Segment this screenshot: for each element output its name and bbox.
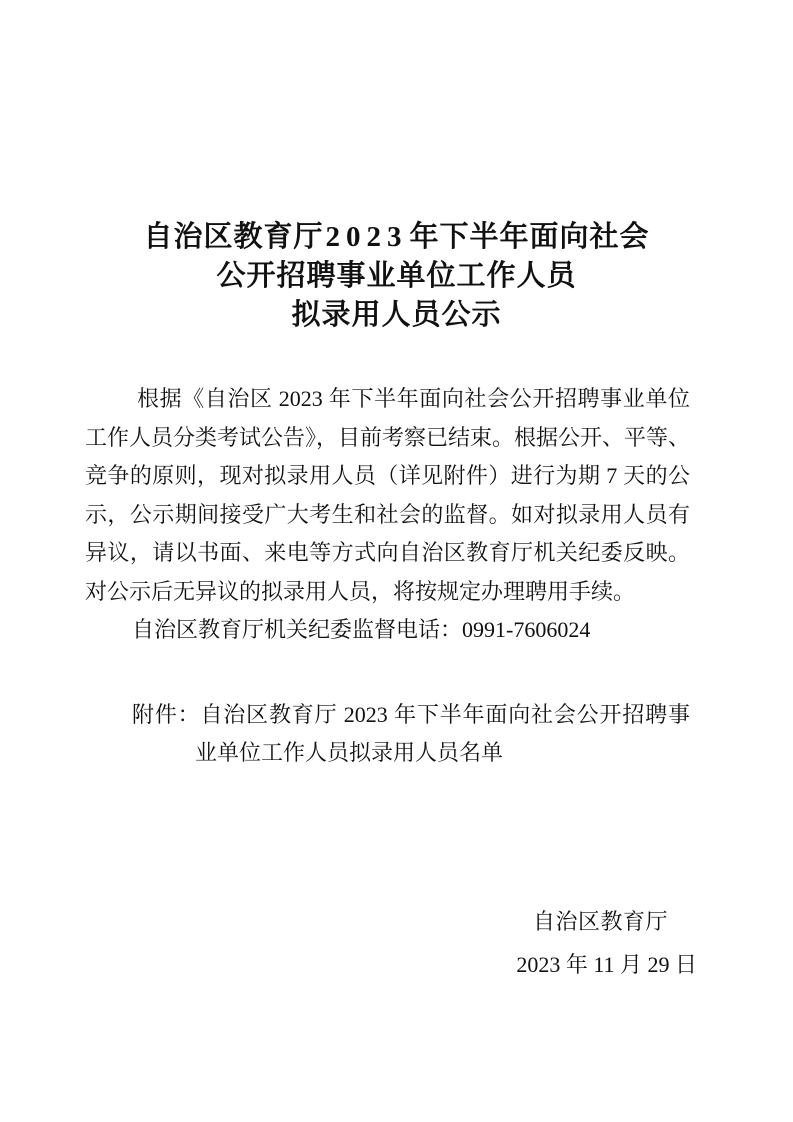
signature-date: 2023 年 11 月 29 日 bbox=[0, 943, 793, 986]
title-line-2: 公开招聘事业单位工作人员 bbox=[0, 257, 793, 296]
title-line-1: 自治区教育厅2023年下半年面向社会 bbox=[0, 218, 793, 257]
signature-issuer: 自治区教育厅 bbox=[0, 900, 793, 943]
signature-block: 自治区教育厅 2023 年 11 月 29 日 bbox=[0, 900, 793, 986]
document-page: 自治区教育厅2023年下半年面向社会 公开招聘事业单位工作人员 拟录用人员公示 … bbox=[0, 0, 793, 1122]
title-line-1-prefix: 自治区教育厅 bbox=[143, 221, 323, 253]
title-line-1-year: 2023 bbox=[324, 221, 410, 253]
attachment-text: 自治区教育厅 2023 年下半年面向社会公开招聘事业单位工作人员拟录用人员名单 bbox=[195, 702, 690, 766]
document-body: 根据《自治区 2023 年下半年面向社会公开招聘事业单位工作人员分类考试公告》，… bbox=[85, 380, 690, 773]
attachment-label: 附件： bbox=[132, 702, 200, 727]
title-line-1-suffix: 年下半年面向社会 bbox=[410, 221, 650, 253]
supervision-phone-line: 自治区教育厅机关纪委监督电话：0991-7606024 bbox=[85, 611, 690, 650]
attachment-section: 附件：自治区教育厅 2023 年下半年面向社会公开招聘事业单位工作人员拟录用人员… bbox=[85, 696, 690, 773]
title-line-3: 拟录用人员公示 bbox=[0, 296, 793, 335]
document-title: 自治区教育厅2023年下半年面向社会 公开招聘事业单位工作人员 拟录用人员公示 bbox=[0, 0, 793, 335]
body-paragraph: 根据《自治区 2023 年下半年面向社会公开招聘事业单位工作人员分类考试公告》，… bbox=[85, 380, 690, 611]
